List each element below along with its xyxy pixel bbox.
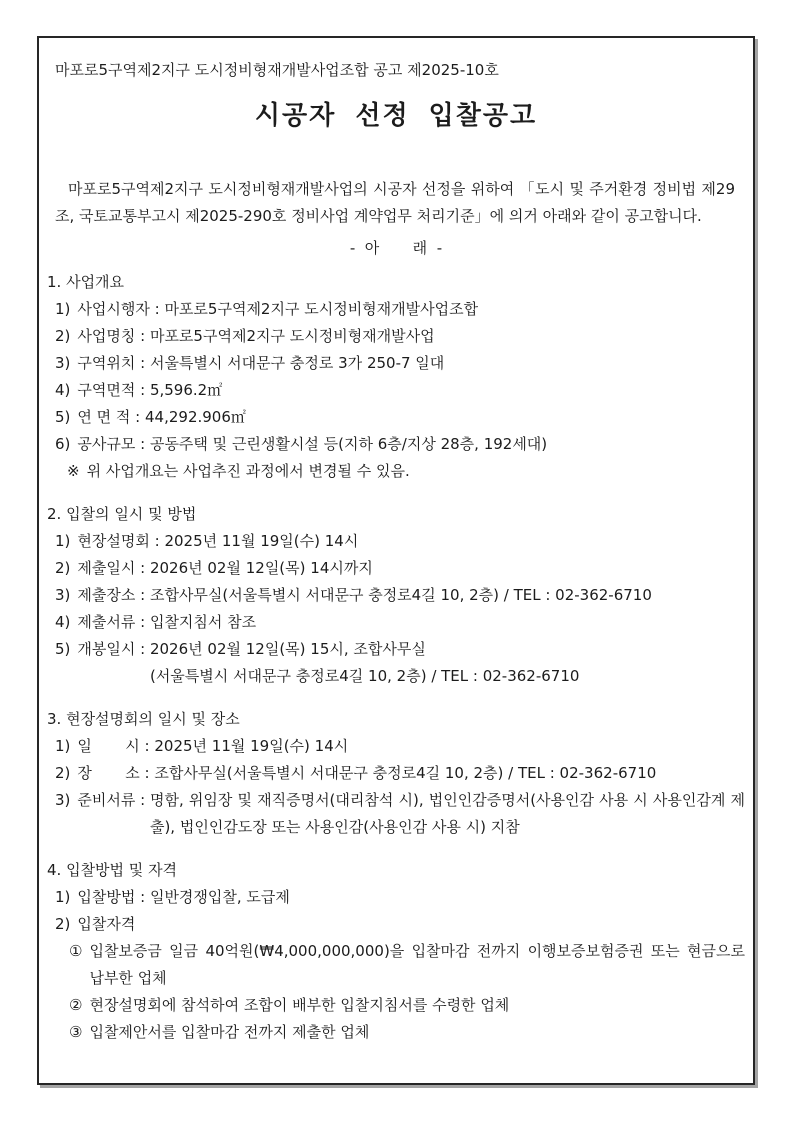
item-marker: 4) [55,377,70,404]
item-text: 장 소 : 조합사무실(서울특별시 서대문구 충정로4길 10, 2층) / T… [77,760,656,787]
list-item: 1) 입찰방법 : 일반경쟁입찰, 도급제 [55,884,745,911]
document-title: 시공자 선정 입찰공고 [47,99,745,133]
item-marker: 5) [55,404,70,431]
item-text: 사업명칭 : 마포로5구역제2지구 도시정비형재개발사업 [77,323,434,350]
intro-paragraph: 마포로5구역제2지구 도시정비형재개발사업의 시공자 선정을 위하여 「도시 및… [55,176,735,230]
list-item: ③ 입찰제안서를 입찰마감 전까지 제출한 업체 [69,1019,745,1046]
list-item: 1) 현장설명회 : 2025년 11월 19일(수) 14시 [55,528,745,555]
circled-number-icon: ② [69,992,82,1019]
section-bid-schedule: 2. 입찰의 일시 및 방법 1) 현장설명회 : 2025년 11월 19일(… [47,501,745,690]
item-marker: 2) [55,323,70,350]
item-label: 준비서류 : [77,787,150,814]
list-item: 4) 제출서류 : 입찰지침서 참조 [55,609,745,636]
reference-mark-icon: ※ [67,458,80,485]
item-text: 일 시 : 2025년 11월 19일(수) 14시 [77,733,348,760]
item-marker: 5) [55,636,70,663]
item-marker: 3) [55,787,70,814]
item-text: 입찰제안서를 입찰마감 전까지 제출한 업체 [89,1019,745,1046]
list-item: 2) 사업명칭 : 마포로5구역제2지구 도시정비형재개발사업 [55,323,745,350]
item-text: 현장설명회 : 2025년 11월 19일(수) 14시 [77,528,358,555]
item-text: 제출장소 : 조합사무실(서울특별시 서대문구 충정로4길 10, 2층) / … [77,582,651,609]
list-item: 6) 공사규모 : 공동주택 및 근린생활시설 등(지하 6층/지상 28층, … [55,431,745,458]
section-heading: 2. 입찰의 일시 및 방법 [47,501,745,528]
item-value: 명함, 위임장 및 재직증명서(대리참석 시), 법인인감증명서(사용인감 사용… [150,787,745,841]
list-item: 2) 입찰자격 [55,911,745,938]
item-continuation-line: (서울특별시 서대문구 충정로4길 10, 2층) / TEL : 02-362… [150,663,745,690]
item-text: 구역위치 : 서울특별시 서대문구 충정로 3가 250-7 일대 [77,350,444,377]
item-marker: 3) [55,350,70,377]
list-item: 2) 장 소 : 조합사무실(서울특별시 서대문구 충정로4길 10, 2층) … [55,760,745,787]
list-item: 3) 구역위치 : 서울특별시 서대문구 충정로 3가 250-7 일대 [55,350,745,377]
section-heading: 3. 현장설명회의 일시 및 장소 [47,706,745,733]
item-marker: 1) [55,733,70,760]
section-project-overview: 1. 사업개요 1) 사업시행자 : 마포로5구역제2지구 도시정비형재개발사업… [47,269,745,485]
notice-number-line: 마포로5구역제2지구 도시정비형재개발사업조합 공고 제2025-10호 [47,57,745,84]
list-item: ① 입찰보증금 일금 40억원(₩4,000,000,000)을 입찰마감 전까… [69,938,745,992]
list-item: 4) 구역면적 : 5,596.2㎡ [55,377,745,404]
list-item: 3) 제출장소 : 조합사무실(서울특별시 서대문구 충정로4길 10, 2층)… [55,582,745,609]
item-marker: 2) [55,555,70,582]
item-marker: 2) [55,911,70,938]
circled-number-icon: ① [69,938,82,965]
item-marker: 1) [55,884,70,911]
item-marker: 6) [55,431,70,458]
item-text: 입찰방법 : 일반경쟁입찰, 도급제 [77,884,290,911]
list-item: 5) 연 면 적 : 44,292.906㎡ [55,404,745,431]
item-text: 위 사업개요는 사업추진 과정에서 변경될 수 있음. [87,458,410,485]
item-text: 구역면적 : 5,596.2㎡ [77,377,222,404]
item-text: 현장설명회에 참석하여 조합이 배부한 입찰지침서를 수령한 업체 [89,992,745,1019]
item-label: 개봉일시 : [77,636,150,663]
section-bid-method-qualification: 4. 입찰방법 및 자격 1) 입찰방법 : 일반경쟁입찰, 도급제 2) 입찰… [47,857,745,1046]
section-site-briefing: 3. 현장설명회의 일시 및 장소 1) 일 시 : 2025년 11월 19일… [47,706,745,841]
item-text: 제출서류 : 입찰지침서 참조 [77,609,256,636]
below-divider: - 아 래 - [47,235,745,262]
item-marker: 3) [55,582,70,609]
item-text: 사업시행자 : 마포로5구역제2지구 도시정비형재개발사업조합 [77,296,478,323]
section-heading: 4. 입찰방법 및 자격 [47,857,745,884]
item-text: 입찰자격 [77,911,135,938]
item-marker: 1) [55,528,70,555]
list-item: 5) 개봉일시 : 2026년 02월 12일(목) 15시, 조합사무실 (서… [55,636,745,690]
document-border-frame: 마포로5구역제2지구 도시정비형재개발사업조합 공고 제2025-10호 시공자… [37,36,755,1085]
list-item: 2) 제출일시 : 2026년 02월 12일(목) 14시까지 [55,555,745,582]
item-marker: 1) [55,296,70,323]
list-item: 3) 준비서류 : 명함, 위임장 및 재직증명서(대리참석 시), 법인인감증… [55,787,745,841]
note-line: ※ 위 사업개요는 사업추진 과정에서 변경될 수 있음. [67,458,745,485]
item-text: 연 면 적 : 44,292.906㎡ [77,404,245,431]
list-item: 1) 일 시 : 2025년 11월 19일(수) 14시 [55,733,745,760]
item-text: 제출일시 : 2026년 02월 12일(목) 14시까지 [77,555,372,582]
item-text: 공사규모 : 공동주택 및 근린생활시설 등(지하 6층/지상 28층, 192… [77,431,547,458]
list-item: ② 현장설명회에 참석하여 조합이 배부한 입찰지침서를 수령한 업체 [69,992,745,1019]
item-marker: 4) [55,609,70,636]
item-marker: 2) [55,760,70,787]
item-text: 입찰보증금 일금 40억원(₩4,000,000,000)을 입찰마감 전까지 … [89,938,745,992]
section-heading: 1. 사업개요 [47,269,745,296]
item-value-line: 2026년 02월 12일(목) 15시, 조합사무실 [150,636,745,663]
list-item: 1) 사업시행자 : 마포로5구역제2지구 도시정비형재개발사업조합 [55,296,745,323]
circled-number-icon: ③ [69,1019,82,1046]
